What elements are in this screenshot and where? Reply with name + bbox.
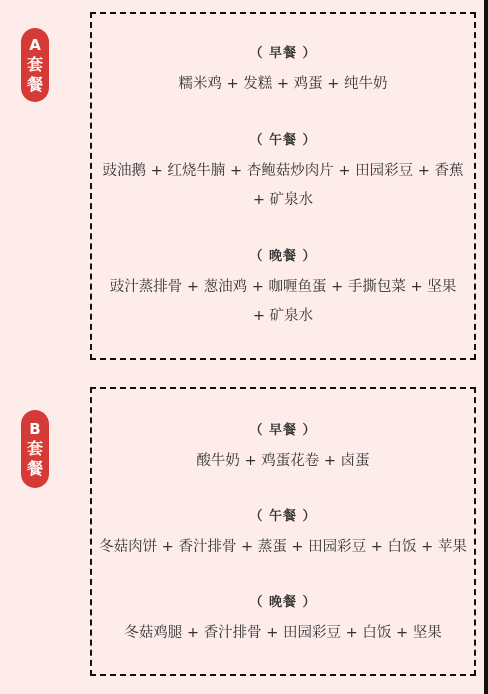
right-edge-strip bbox=[484, 0, 488, 694]
plan-a-lunch: （ 午餐 ） 豉油鹅 + 红烧牛腩 + 杏鲍菇炒肉片 + 田园彩豆 + 香蕉 +… bbox=[92, 131, 474, 215]
plan-b-lunch: （ 午餐 ） 冬菇肉饼 + 香汁排骨 + 蒸蛋 + 田园彩豆 + 白饭 + 苹果 bbox=[92, 507, 474, 562]
meal-items: 冬菇肉饼 + 香汁排骨 + 蒸蛋 + 田园彩豆 + 白饭 + 苹果 bbox=[92, 533, 474, 562]
plan-a-breakfast: （ 早餐 ） 糯米鸡 + 发糕 + 鸡蛋 + 纯牛奶 bbox=[92, 44, 474, 99]
plan-b-box: （ 早餐 ） 酸牛奶 + 鸡蛋花卷 + 卤蛋 （ 午餐 ） 冬菇肉饼 + 香汁排… bbox=[90, 387, 476, 676]
meal-title: （ 午餐 ） bbox=[92, 131, 474, 151]
meal-title: （ 早餐 ） bbox=[92, 44, 474, 64]
meal-line: 豉汁蒸排骨 + 葱油鸡 + 咖喱鱼蛋 + 手撕包菜 + 坚果 bbox=[98, 273, 468, 302]
plan-b-breakfast: （ 早餐 ） 酸牛奶 + 鸡蛋花卷 + 卤蛋 bbox=[92, 421, 474, 476]
meal-title: （ 晚餐 ） bbox=[92, 593, 474, 613]
badge-char: 套 bbox=[27, 55, 43, 75]
meal-items: 冬菇鸡腿 + 香汁排骨 + 田园彩豆 + 白饭 + 坚果 bbox=[92, 619, 474, 648]
meal-line: + 矿泉水 bbox=[98, 302, 468, 331]
badge-char: 餐 bbox=[27, 459, 43, 479]
meal-title: （ 晚餐 ） bbox=[92, 247, 474, 267]
meal-items: 豉汁蒸排骨 + 葱油鸡 + 咖喱鱼蛋 + 手撕包菜 + 坚果 + 矿泉水 bbox=[92, 273, 474, 331]
meal-title: （ 早餐 ） bbox=[92, 421, 474, 441]
meal-title: （ 午餐 ） bbox=[92, 507, 474, 527]
plan-a-dinner: （ 晚餐 ） 豉汁蒸排骨 + 葱油鸡 + 咖喱鱼蛋 + 手撕包菜 + 坚果 + … bbox=[92, 247, 474, 331]
plan-b-badge: B 套 餐 bbox=[21, 410, 49, 488]
meal-items: 酸牛奶 + 鸡蛋花卷 + 卤蛋 bbox=[92, 447, 474, 476]
badge-char: 套 bbox=[27, 439, 43, 459]
plan-b-dinner: （ 晚餐 ） 冬菇鸡腿 + 香汁排骨 + 田园彩豆 + 白饭 + 坚果 bbox=[92, 593, 474, 648]
meal-items: 糯米鸡 + 发糕 + 鸡蛋 + 纯牛奶 bbox=[92, 70, 474, 99]
plan-a-badge: A 套 餐 bbox=[21, 28, 49, 102]
meal-line: 豉油鹅 + 红烧牛腩 + 杏鲍菇炒肉片 + 田园彩豆 + 香蕉 bbox=[98, 157, 468, 186]
badge-letter: B bbox=[29, 419, 40, 439]
badge-letter: A bbox=[29, 35, 41, 55]
meal-line: + 矿泉水 bbox=[98, 186, 468, 215]
badge-char: 餐 bbox=[27, 75, 43, 95]
plan-a-box: （ 早餐 ） 糯米鸡 + 发糕 + 鸡蛋 + 纯牛奶 （ 午餐 ） 豉油鹅 + … bbox=[90, 12, 476, 360]
meal-items: 豉油鹅 + 红烧牛腩 + 杏鲍菇炒肉片 + 田园彩豆 + 香蕉 + 矿泉水 bbox=[92, 157, 474, 215]
